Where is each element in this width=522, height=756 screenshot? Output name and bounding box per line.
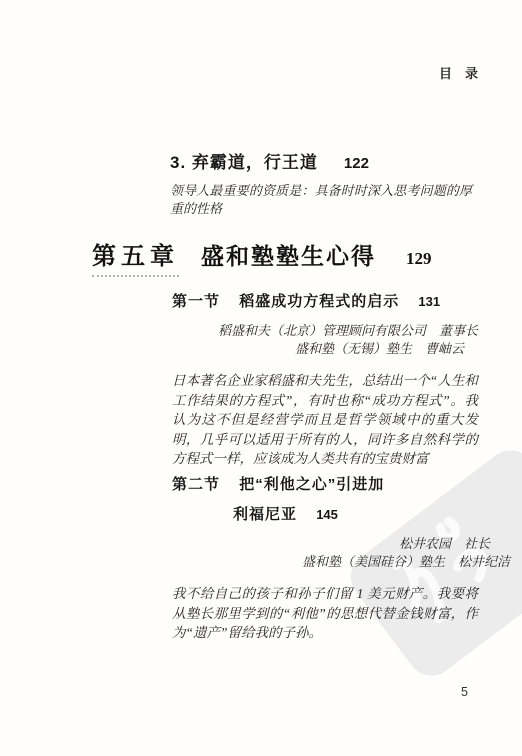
section-2-excerpt: 我不给自己的孩子和孙子们留 1 美元财产。我要将从塾长那里学到的“利他”的思想代… [172, 584, 478, 643]
byline-line: 盛和塾（美国硅谷）塾生 松井纪洁 [172, 553, 510, 571]
page-number: 5 [461, 685, 468, 699]
chapter-label: 第五章 [92, 236, 179, 277]
section-1-bylines: 稻盛和夫（北京）管理顾问有限公司 董事长 盛和塾（无锡）塾生 曹岫云 [172, 322, 478, 358]
chapter-heading: 第五章 盛和塾塾生心得 129 [92, 236, 432, 277]
byline-line: 盛和塾（无锡）塾生 曹岫云 [172, 340, 478, 358]
toc-header-label: 目 录 [439, 63, 478, 82]
entry-page-number: 122 [344, 155, 369, 172]
section-1-title: 稻盛成功方程式的启示 [239, 293, 399, 310]
chapter-page-number: 129 [406, 249, 432, 268]
scanned-page: PDG 目 录 3. 弃霸道，行王道 122 领导人最重要的资质是：具备时时深入… [0, 0, 522, 756]
section-2-bylines: 松井农园 社长 盛和塾（美国硅谷）塾生 松井纪洁 [172, 535, 510, 571]
chapter-title: 盛和塾塾生心得 [201, 244, 376, 269]
byline-line: 稻盛和夫（北京）管理顾问有限公司 董事长 [172, 322, 478, 340]
toc-entry-3: 3. 弃霸道，行王道 122 领导人最重要的资质是：具备时时深入思考问题的厚重的… [170, 148, 476, 218]
entry-title: 3. 弃霸道，行王道 [170, 153, 318, 172]
section-1-excerpt: 日本著名企业家稻盛和夫先生，总结出一个“人生和工作结果的方程式”，有时也称“成功… [172, 371, 478, 469]
section-2-title-line2: 利福尼亚 [233, 506, 297, 523]
section-2-page-number: 145 [316, 507, 338, 522]
section-1-page-number: 131 [418, 294, 440, 309]
entry-annotation: 领导人最重要的资质是：具备时时深入思考问题的厚重的性格 [170, 182, 472, 218]
toc-section-1: 第一节 稻盛成功方程式的启示 131 稻盛和夫（北京）管理顾问有限公司 董事长 … [172, 290, 478, 469]
section-2-label: 第二节 [172, 476, 220, 493]
byline-line: 松井农园 社长 [172, 535, 510, 553]
section-2-title-line1: 把“利他之心”引进加 [239, 476, 384, 493]
section-1-label: 第一节 [172, 293, 220, 310]
toc-section-2: 第二节 把“利他之心”引进加 利福尼亚 145 松井农园 社长 盛和塾（美国硅谷… [172, 473, 478, 643]
